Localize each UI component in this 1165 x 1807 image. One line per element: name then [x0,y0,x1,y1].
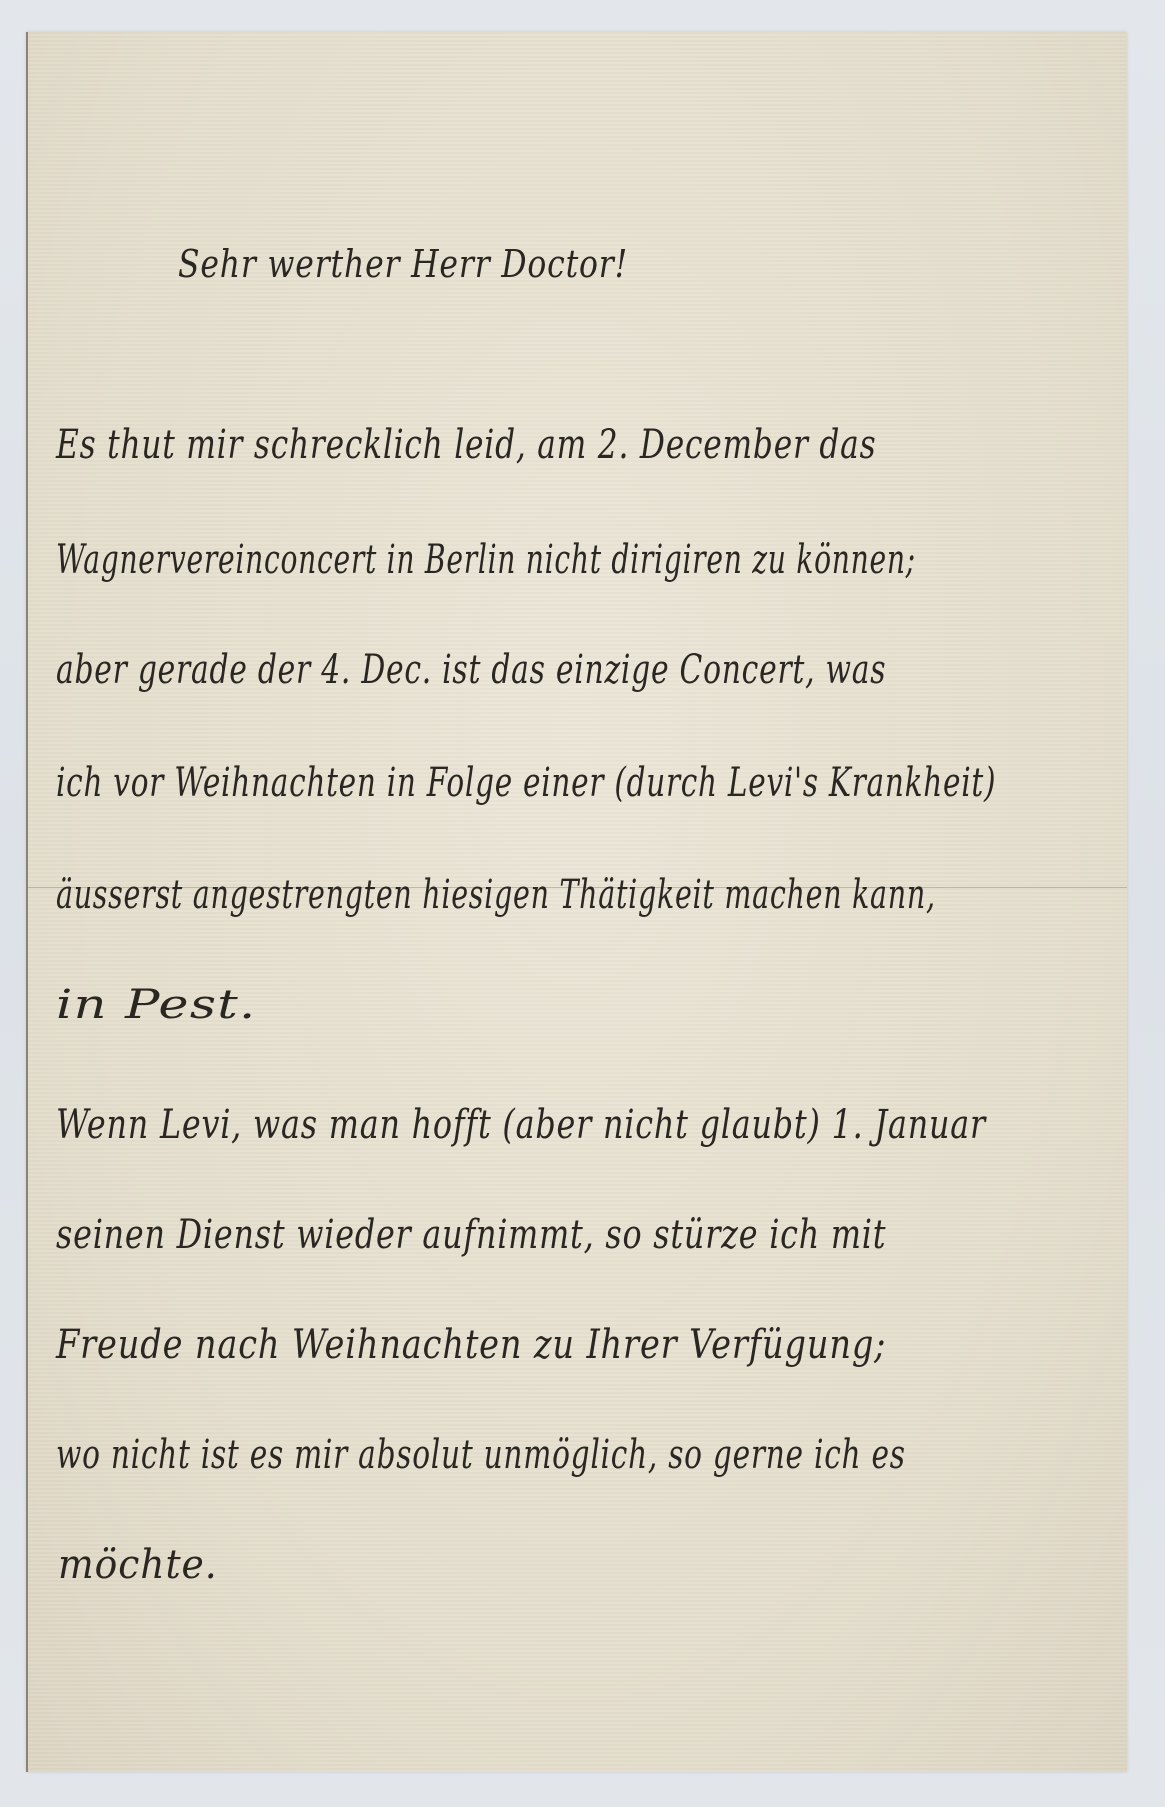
letter-page: Sehr werther Herr Doctor! Es thut mir sc… [26,32,1127,1772]
letter-line-6: in Pest. [56,982,256,1028]
letter-line-9: Freude nach Weihnachten zu Ihrer Verfügu… [56,1322,886,1368]
letter-line-3: aber gerade der 4. Dec. ist das einzige … [56,647,886,693]
letter-line-7: Wenn Levi, was man hofft (aber nicht gla… [56,1102,986,1148]
letter-line-1: Es thut mir schrecklich leid, am 2. Dece… [56,422,876,468]
letter-line-8: seinen Dienst wieder aufnimmt, so stürze… [56,1212,886,1258]
letter-line-2: Wagnervereinconcert in Berlin nicht diri… [56,537,916,583]
letter-line-5: äusserst angestrengten hiesigen Thätigke… [56,872,936,918]
letter-salutation: Sehr werther Herr Doctor! [178,242,628,286]
letter-line-11: möchte. [58,1542,218,1588]
letter-line-10: wo nicht ist es mir absolut unmöglich, s… [56,1432,906,1478]
letter-line-4: ich vor Weihnachten in Folge einer (durc… [56,760,996,806]
